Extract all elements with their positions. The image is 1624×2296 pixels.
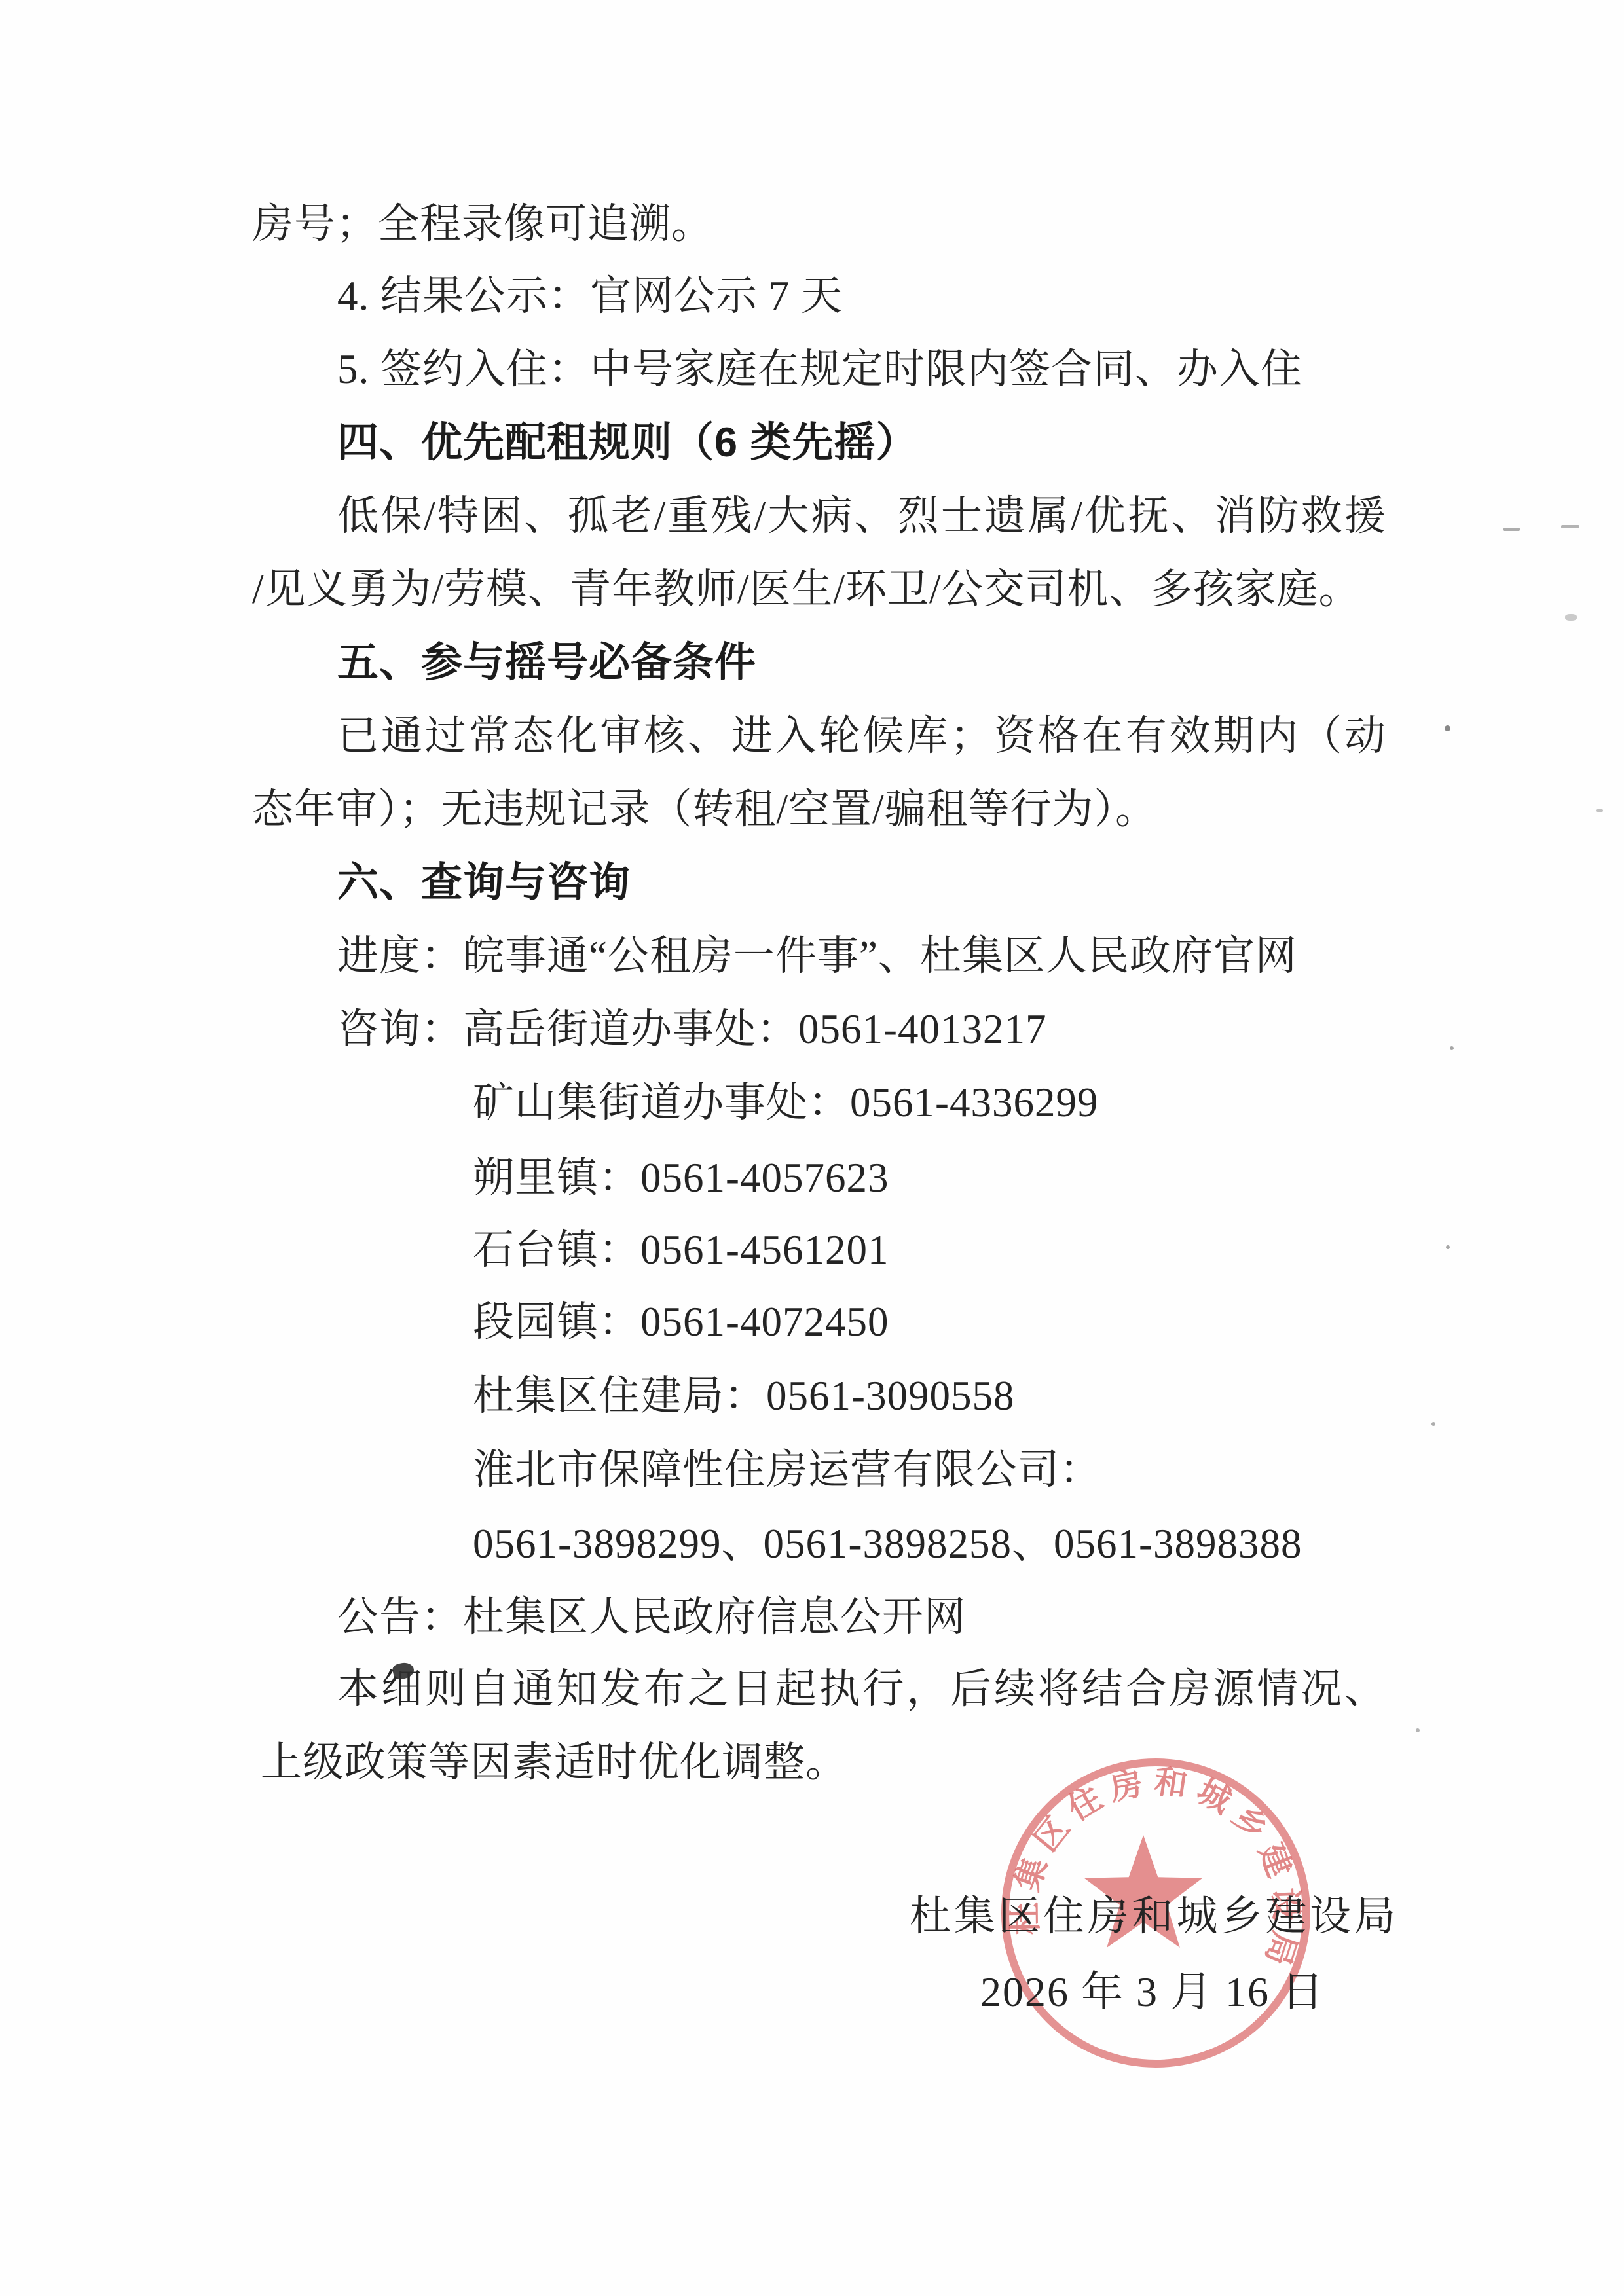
line-item-5: 5. 签约入住：中号家庭在规定时限内签合同、办入住 [337,347,1302,392]
line-announcement-site: 公告：杜集区人民政府信息公开网 [337,1595,966,1639]
line-continuation-1: 房号；全程录像可追溯。 [252,202,713,246]
line-phone-zhujianju: 杜集区住建局：0561-3090558 [473,1374,1014,1418]
line-conditions-2: 态年审）；无违规记录（转租/空置/骗租等行为）。 [252,787,1157,831]
scan-speck [1431,1422,1435,1426]
line-priority-groups-2: /见义勇为/劳模、青年教师/医生/环卫/公交司机、多孩家庭。 [252,567,1361,611]
heading-section-4: 四、优先配租规则（6 类先摇） [337,420,918,465]
scan-speck [1596,809,1603,812]
line-phone-gaoyue: 咨询：高岳街道办事处：0561-4013217 [337,1007,1046,1051]
line-progress-channel: 进度：皖事通“公租房一件事”、杜集区人民政府官网 [337,934,1297,978]
line-conditions-1: 已通过常态化审核、进入轮候库；资格在有效期内（动 [337,714,1386,758]
line-item-4: 4. 结果公示：官网公示 7 天 [337,274,843,318]
line-effective-2: 上级政策等因素适时优化调整。 [261,1740,847,1785]
line-phone-shitai: 石台镇：0561-4561201 [473,1228,889,1272]
scan-speck [1565,614,1577,621]
heading-section-5: 五、参与摇号必备条件 [337,640,756,685]
seal-arc-text: 杜集区住房和城乡建设局 [1007,1763,1305,1978]
scan-speck [1561,525,1579,528]
issuing-authority-signature: 杜集区住房和城乡建设局 [910,1894,1395,1939]
scan-speck [1450,1046,1454,1050]
scan-speck [1445,725,1450,731]
scan-speck [1416,1728,1420,1732]
scanned-document-page: 杜集区住房和城乡建设局 房号；全程录像可追溯。 4. 结果公示：官网公示 7 天… [0,0,1624,2296]
line-phone-kuangshanji: 矿山集街道办事处：0561-4336299 [473,1080,1098,1125]
issue-date: 2026 年 3 月 16 日 [980,1969,1325,2014]
line-phone-shuoli: 朔里镇：0561-4057623 [473,1156,889,1200]
scan-speck [1446,1245,1450,1249]
heading-section-6: 六、查询与咨询 [337,860,631,905]
scan-speck [1503,528,1520,531]
line-effective-1: 本细则自通知发布之日起执行，后续将结合房源情况、 [337,1667,1386,1711]
svg-text:杜集区住房和城乡建设局: 杜集区住房和城乡建设局 [1007,1763,1305,1978]
line-phone-duanyuan: 段园镇：0561-4072450 [473,1300,889,1344]
line-operating-company: 淮北市保障性住房运营有限公司： [473,1448,1101,1492]
line-company-phones: 0561-3898299、0561-3898258、0561-3898388 [473,1522,1302,1566]
line-priority-groups-1: 低保/特困、孤老/重残/大病、烈士遗属/优抚、消防救援 [337,494,1386,538]
